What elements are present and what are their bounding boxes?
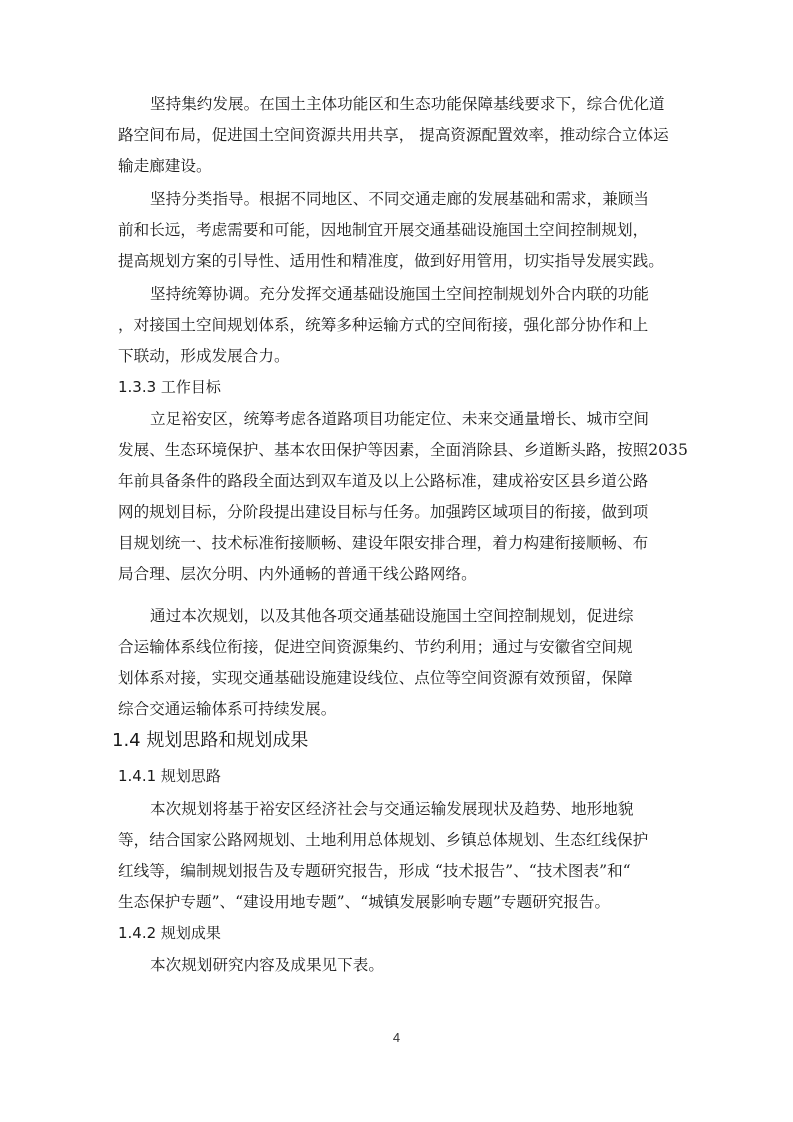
body-line: 坚持统筹协调。充分发挥交通基础设施国土空间控制规划外合内联的功能 [150, 284, 649, 304]
section-heading-1-3-3: 1.3.3 工作目标 [118, 377, 221, 397]
body-line: 合运输体系线位衔接，促进空间资源集约、节约利用；通过与安徽省空间规 [118, 637, 633, 657]
body-line: 局合理、层次分明、内外通畅的普通干线公路网络。 [118, 564, 477, 584]
body-line: 路空间布局，促进国土空间资源共用共享， 提高资源配置效率，推动综合立体运 [118, 125, 669, 145]
body-line: 前和长远，考虑需要和可能，因地制宜开展交通基础设施国土空间控制规划， [118, 220, 648, 240]
body-line: 划体系对接，实现交通基础设施建设线位、点位等空间资源有效预留，保障 [118, 668, 633, 688]
body-line: 坚持分类指导。根据不同地区、不同交通走廊的发展基础和需求，兼顾当 [150, 189, 649, 209]
body-line: 本次规划将基于裕安区经济社会与交通运输发展现状及趋势、地形地貌 [150, 799, 633, 819]
body-line: 目规划统一、技术标准衔接顺畅、建设年限安排合理，着力构建衔接顺畅、布 [118, 533, 648, 553]
body-line: 提高规划方案的引导性、适用性和精准度，做到好用管用，切实指导发展实践。 [118, 251, 664, 271]
body-line: 输走廊建设。 [118, 156, 212, 176]
body-line: 生态保护专题”、“建设用地专题”、“城镇发展影响专题”专题研究报告。 [118, 892, 610, 912]
body-line: 等，结合国家公路网规划、土地利用总体规划、乡镇总体规划、生态红线保护 [118, 830, 648, 850]
body-line: 坚持集约发展。在国土主体功能区和生态功能保障基线要求下，综合优化道 [150, 94, 665, 114]
body-line: 下联动，形成发展合力。 [118, 346, 290, 366]
body-line: 本次规划研究内容及成果见下表。 [150, 955, 384, 975]
section-heading-1-4-1: 1.4.1 规划思路 [118, 766, 221, 786]
page-number: 4 [0, 1030, 793, 1045]
body-line: ，对接国土空间规划体系，统筹多种运输方式的空间衔接，强化部分协作和上 [118, 315, 648, 335]
body-line: 红线等，编制规划报告及专题研究报告，形成 “技术报告”、“技术图表”和“ [118, 861, 631, 881]
body-line: 通过本次规划，以及其他各项交通基础设施国土空间控制规划，促进综 [150, 606, 633, 626]
body-line: 立足裕安区，统筹考虑各道路项目功能定位、未来交通量增长、城市空间 [150, 409, 649, 429]
body-line: 综合交通运输体系可持续发展。 [118, 699, 336, 719]
section-heading-1-4: 1.4 规划思路和规划成果 [112, 730, 308, 752]
body-line: 发展、生态环境保护、基本农田保护等因素，全面消除县、乡道断头路，按照2035 [118, 440, 688, 460]
section-heading-1-4-2: 1.4.2 规划成果 [118, 923, 221, 943]
body-line: 年前具备条件的路段全面达到双车道及以上公路标准，建成裕安区县乡道公路 [118, 471, 648, 491]
body-line: 网的规划目标，分阶段提出建设目标与任务。加强跨区域项目的衔接，做到项 [118, 502, 648, 522]
